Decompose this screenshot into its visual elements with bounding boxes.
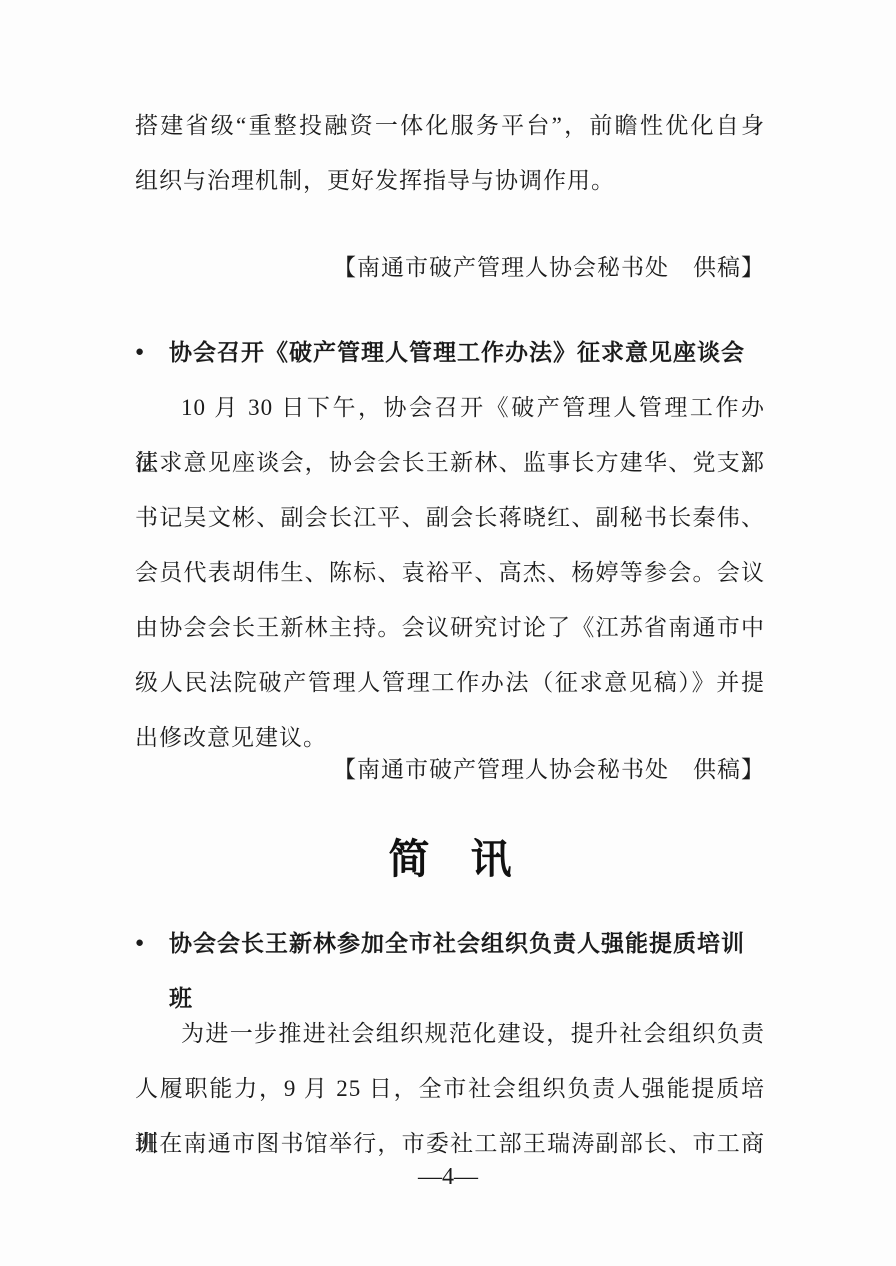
bullet-icon: ●: [135, 916, 169, 971]
body-line: 搭建省级“重整投融资一体化服务平台”，前瞻性优化自身: [135, 98, 765, 153]
article-1-title: ● 协会召开《破产管理人管理工作办法》征求意见座谈会: [135, 325, 780, 380]
body-line: 人履职能力，9 月 25 日，全市社会组织负责人强能提质培训: [135, 1061, 765, 1116]
body-line: 10 月 30 日下午，协会召开《破产管理人管理工作办法》: [135, 380, 765, 435]
article-2-body: 为进一步推进社会组织规范化建设，提升社会组织负责 人履职能力，9 月 25 日，…: [135, 1006, 765, 1171]
document-page: 搭建省级“重整投融资一体化服务平台”，前瞻性优化自身 组织与治理机制，更好发挥指…: [0, 0, 896, 1266]
credit-line-1: 【南通市破产管理人协会秘书处 供稿】: [135, 240, 765, 295]
body-line: 会员代表胡伟生、陈标、袁裕平、高杰、杨婷等参会。会议: [135, 545, 765, 600]
page-number: —4—: [0, 1160, 896, 1194]
intro-paragraph: 搭建省级“重整投融资一体化服务平台”，前瞻性优化自身 组织与治理机制，更好发挥指…: [135, 98, 765, 208]
article-2-title-line: 协会会长王新林参加全市社会组织负责人强能提质培训: [169, 916, 780, 971]
body-line: 级人民法院破产管理人管理工作办法（征求意见稿）》并提: [135, 655, 765, 710]
credit-line-2: 【南通市破产管理人协会秘书处 供稿】: [135, 742, 765, 797]
body-line: 由协会会长王新林主持。会议研究讨论了《江苏省南通市中: [135, 600, 765, 655]
bullet-icon: ●: [135, 325, 169, 380]
article-1-body: 10 月 30 日下午，协会召开《破产管理人管理工作办法》 征求意见座谈会，协会…: [135, 380, 765, 765]
body-line: 书记吴文彬、副会长江平、副会长蒋晓红、副秘书长秦伟、: [135, 490, 765, 545]
body-line: 征求意见座谈会，协会会长王新林、监事长方建华、党支部: [135, 435, 765, 490]
article-1-title-text: 协会召开《破产管理人管理工作办法》征求意见座谈会: [169, 325, 780, 380]
body-line: 为进一步推进社会组织规范化建设，提升社会组织负责: [135, 1006, 765, 1061]
section-heading: 简 讯: [135, 830, 765, 888]
body-line: 组织与治理机制，更好发挥指导与协调作用。: [135, 153, 765, 208]
